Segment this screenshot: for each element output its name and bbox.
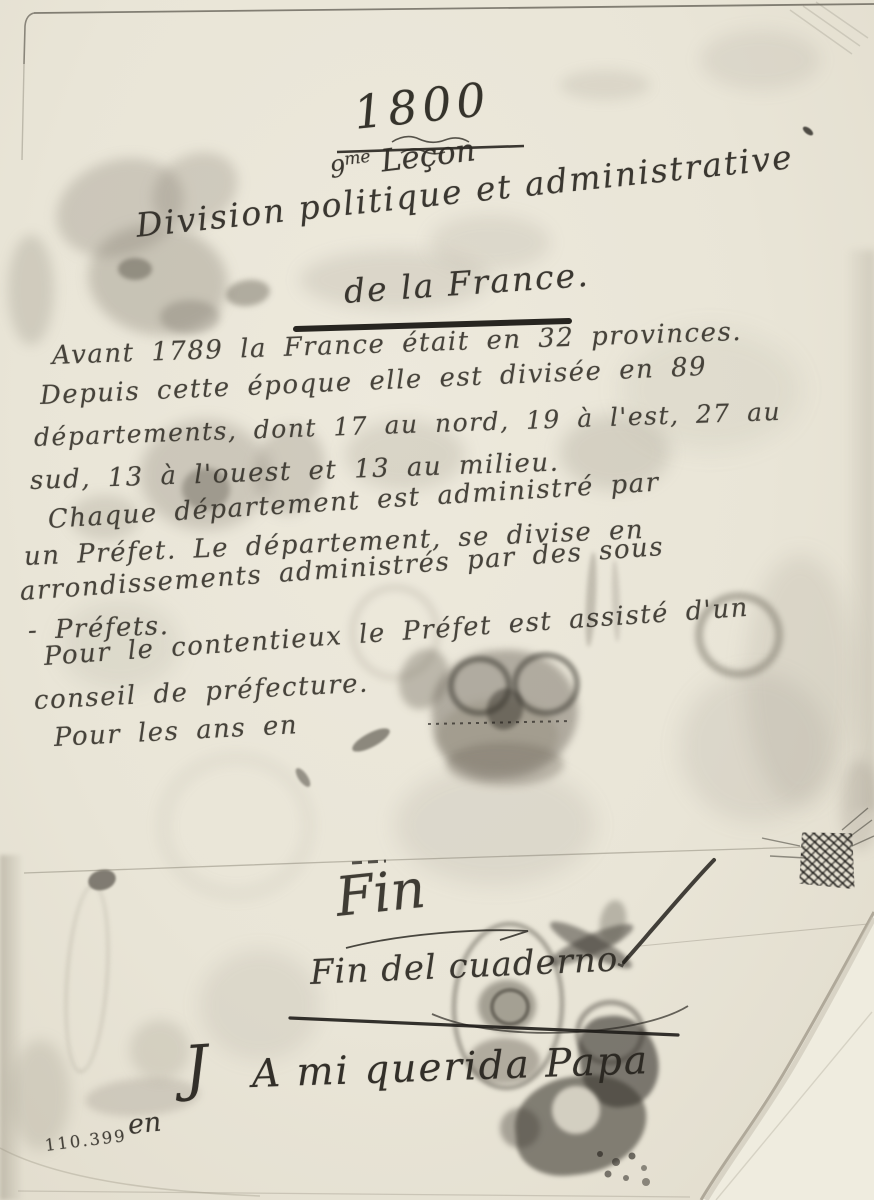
- ink-speckles: [596, 1146, 600, 1150]
- dedication-initial: J: [182, 1032, 211, 1104]
- lesson-ordinal: me: [343, 147, 371, 170]
- dedication-trailing-word: en: [126, 1107, 162, 1141]
- manuscript-scan: 1800 9me Leçon Division politique et adm…: [0, 0, 874, 1200]
- fin-label: Fin: [333, 857, 429, 929]
